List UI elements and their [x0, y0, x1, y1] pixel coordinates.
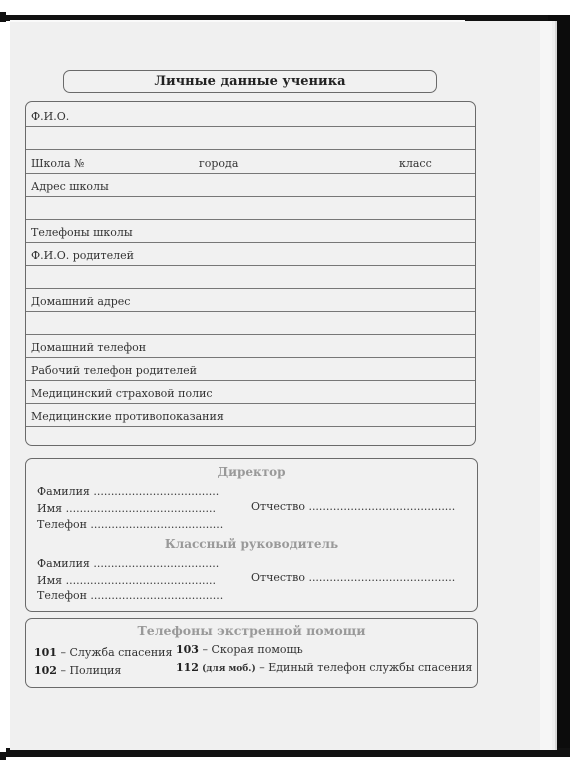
emergency-number: 112 — [176, 661, 199, 674]
field-label: Медицинский страховой полис — [31, 387, 213, 400]
staff-contacts-section: Директор Фамилия .......................… — [25, 458, 478, 612]
emergency-number: 103 — [176, 643, 199, 656]
field-home-address-line2[interactable] — [26, 312, 475, 335]
field-label: города — [199, 157, 238, 170]
book-cover-corner — [0, 752, 6, 760]
field-fio[interactable]: Ф.И.О. — [26, 102, 475, 127]
emergency-item: 102 – Полиция — [34, 664, 121, 677]
field-medical-policy[interactable]: Медицинский страховой полис — [26, 381, 475, 404]
field-label: Домашний телефон — [31, 341, 146, 354]
director-surname-field[interactable]: Фамилия ................................… — [37, 485, 219, 498]
director-patronymic-field[interactable]: Отчество ...............................… — [251, 500, 455, 513]
class-teacher-name-field[interactable]: Имя ....................................… — [37, 574, 216, 587]
emergency-label: – Скорая помощь — [199, 643, 303, 656]
emergency-item: 112 (для моб.) – Единый телефон службы с… — [176, 661, 472, 674]
field-fio-line2[interactable] — [26, 127, 475, 150]
field-label: Медицинские противопоказания — [31, 410, 224, 423]
field-parents-work-phone[interactable]: Рабочий телефон родителей — [26, 358, 475, 381]
emergency-phones-section: Телефоны экстренной помощи 101 – Служба … — [25, 618, 478, 688]
emergency-heading: Телефоны экстренной помощи — [26, 623, 477, 638]
field-home-phone[interactable]: Домашний телефон — [26, 335, 475, 358]
field-label: Школа № — [31, 157, 85, 170]
field-parents-fio-line2[interactable] — [26, 266, 475, 289]
field-school-address-line2[interactable] — [26, 197, 475, 220]
emergency-label: – Единый телефон службы спасения — [256, 661, 473, 674]
field-school-address[interactable]: Адрес школы — [26, 174, 475, 197]
emergency-label: – Служба спасения — [57, 646, 173, 659]
emergency-label: – Полиция — [57, 664, 121, 677]
class-teacher-heading: Классный руководитель — [26, 537, 477, 551]
emergency-number: 101 — [34, 646, 57, 659]
field-school-phones[interactable]: Телефоны школы — [26, 220, 475, 243]
page-edge — [10, 20, 465, 22]
student-data-form: Ф.И.О. Школа № города класс Адрес школы … — [25, 101, 476, 446]
field-label: класс — [399, 157, 432, 170]
field-school[interactable]: Школа № города класс — [26, 150, 475, 174]
field-label: Ф.И.О. родителей — [31, 249, 134, 262]
field-medical-contraindications[interactable]: Медицинские противопоказания — [26, 404, 475, 427]
director-phone-field[interactable]: Телефон ................................… — [37, 518, 223, 531]
field-home-address[interactable]: Домашний адрес — [26, 289, 475, 312]
director-name-field[interactable]: Имя ....................................… — [37, 502, 216, 515]
field-label: Домашний адрес — [31, 295, 130, 308]
class-teacher-surname-field[interactable]: Фамилия ................................… — [37, 557, 219, 570]
emergency-note: (для моб.) — [199, 664, 256, 674]
field-label: Ф.И.О. — [31, 110, 69, 123]
page-title: Личные данные ученика — [63, 70, 437, 93]
field-label: Телефоны школы — [31, 226, 133, 239]
page-edge — [540, 21, 552, 750]
class-teacher-patronymic-field[interactable]: Отчество ...............................… — [251, 571, 455, 584]
field-label: Адрес школы — [31, 180, 109, 193]
field-parents-fio[interactable]: Ф.И.О. родителей — [26, 243, 475, 266]
class-teacher-phone-field[interactable]: Телефон ................................… — [37, 589, 223, 602]
director-heading: Директор — [26, 465, 477, 479]
emergency-item: 101 – Служба спасения — [34, 646, 172, 659]
field-label: Рабочий телефон родителей — [31, 364, 197, 377]
emergency-number: 102 — [34, 664, 57, 677]
emergency-item: 103 – Скорая помощь — [176, 643, 303, 656]
book-cover-corner — [0, 12, 6, 22]
